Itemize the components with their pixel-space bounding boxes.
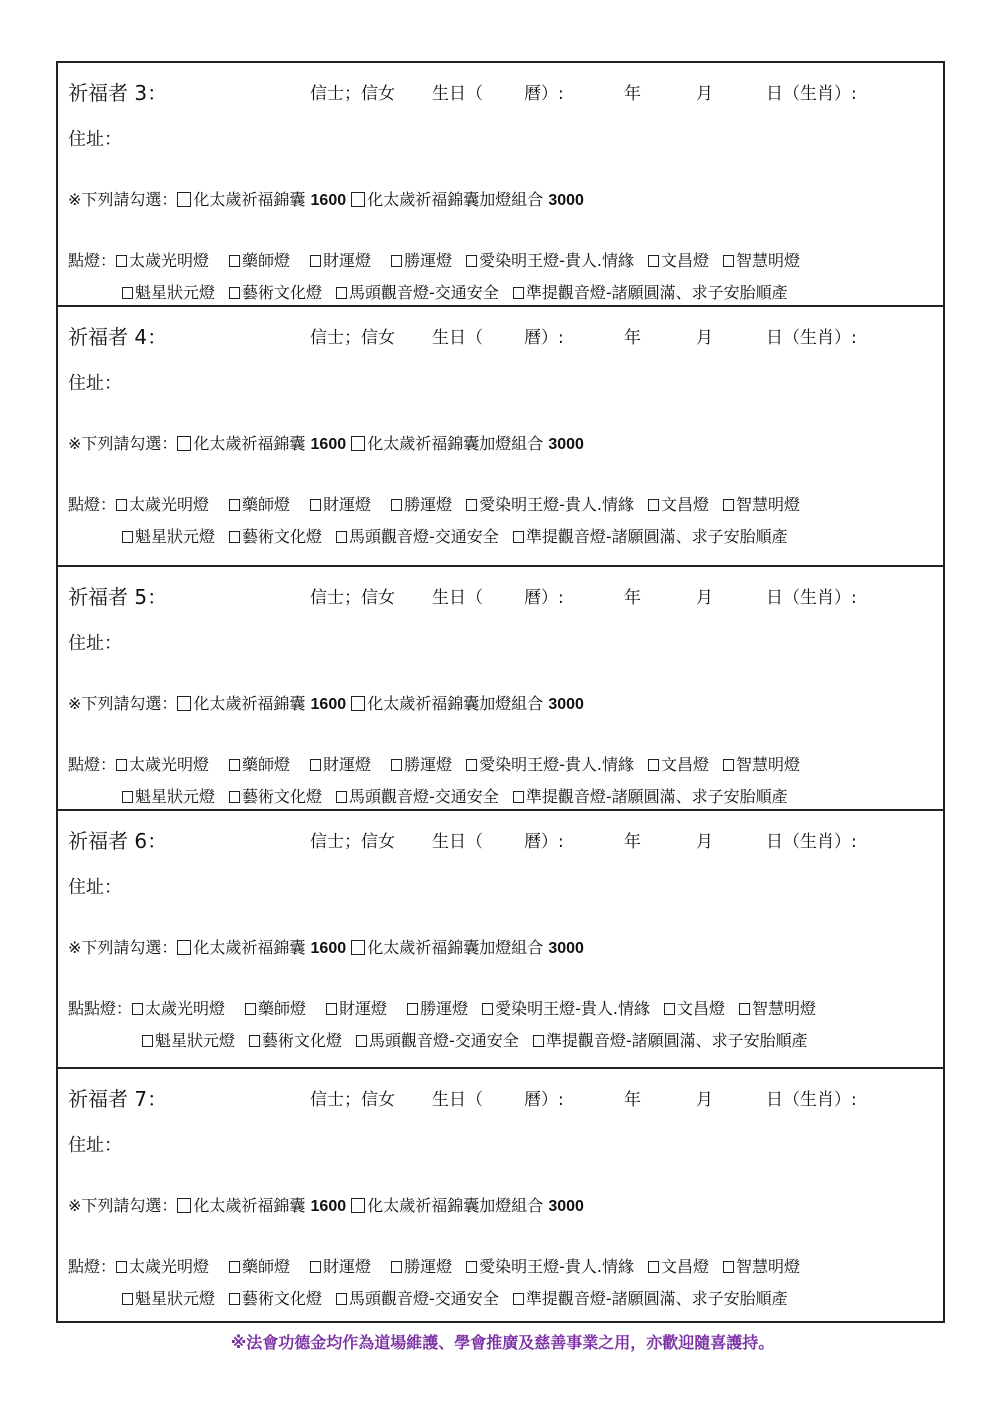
checkbox[interactable] <box>229 287 240 299</box>
lamp-option-label: 財運燈 <box>323 251 371 270</box>
lamp-option[interactable]: 智慧明燈 <box>723 495 800 514</box>
checkbox[interactable] <box>664 1003 675 1015</box>
lamp-option-label: 勝運燈 <box>404 251 452 270</box>
checkbox-option2[interactable] <box>351 1198 365 1213</box>
option2-price: 3000 <box>548 940 584 957</box>
checkbox[interactable] <box>132 1003 143 1015</box>
checkbox[interactable] <box>723 255 734 267</box>
lamp-option[interactable]: 藝術文化燈 <box>249 1031 342 1050</box>
calendar-type-field[interactable]: 曆）: <box>524 827 564 852</box>
checkbox[interactable] <box>466 1261 477 1273</box>
checkbox[interactable] <box>648 1261 659 1273</box>
lamp-option-label: 馬頭觀音燈-交通安全 <box>349 527 499 546</box>
lamp-prefix-label: 點燈： <box>68 1257 116 1276</box>
birth-year-field[interactable]: 年 <box>624 827 641 852</box>
lamp-option-label: 藥師燈 <box>258 999 306 1018</box>
lamp-options-row1: 點點燈：太歲光明燈藥師燈財運燈勝運燈愛染明王燈-貴人.情緣文昌燈智慧明燈 <box>68 996 816 1019</box>
checkbox[interactable] <box>245 1003 256 1015</box>
blessing-form: 祈福者 3： 信士；信女 生日（ 曆）: 年 月 日（生肖）: 住址： ※下列請… <box>56 61 945 1323</box>
option1-label: 化太歲祈福錦囊 <box>193 1196 305 1215</box>
lamp-option[interactable]: 準提觀音燈-諸願圓滿、求子安胎順產 <box>513 527 788 546</box>
lamp-options-row1: 點燈：太歲光明燈藥師燈財運燈勝運燈愛染明王燈-貴人.情緣文昌燈智慧明燈 <box>68 248 800 271</box>
lamp-option[interactable]: 魁星狀元燈 <box>122 527 215 546</box>
lamp-option-label: 藝術文化燈 <box>242 527 322 546</box>
lamp-option-label: 愛染明王燈-貴人.情緣 <box>479 755 634 774</box>
option1-label: 化太歲祈福錦囊 <box>193 694 305 713</box>
lamp-option[interactable]: 太歲光明燈 <box>116 495 209 514</box>
lamp-option[interactable]: 太歲光明燈 <box>116 251 209 270</box>
lamp-option-label: 財運燈 <box>323 1257 371 1276</box>
checkbox[interactable] <box>533 1035 544 1047</box>
lamp-option[interactable]: 魁星狀元燈 <box>122 787 215 806</box>
checkbox[interactable] <box>723 499 734 511</box>
lamp-option[interactable]: 愛染明王燈-貴人.情緣 <box>482 999 650 1018</box>
option1-price: 1600 <box>311 436 347 453</box>
checkbox[interactable] <box>513 1293 524 1305</box>
checkbox[interactable] <box>513 287 524 299</box>
lamp-options-row1: 點燈：太歲光明燈藥師燈財運燈勝運燈愛染明王燈-貴人.情緣文昌燈智慧明燈 <box>68 492 800 515</box>
package-options: ※下列請勾選：化太歲祈福錦囊 1600 化太歲祈福錦囊加燈組合 3000 <box>68 935 584 958</box>
lamp-option-label: 文昌燈 <box>661 755 709 774</box>
birth-day-zodiac-field[interactable]: 日（生肖）: <box>766 1085 857 1110</box>
lamp-option[interactable]: 財運燈 <box>310 495 371 514</box>
lamp-option-label: 財運燈 <box>339 999 387 1018</box>
lamp-option[interactable]: 勝運燈 <box>391 251 452 270</box>
birthday-label: 生日（ <box>432 79 483 104</box>
lamp-option-label: 文昌燈 <box>677 999 725 1018</box>
lamp-option[interactable]: 太歲光明燈 <box>116 1257 209 1276</box>
lamp-option-label: 文昌燈 <box>661 251 709 270</box>
lamp-option[interactable]: 藝術文化燈 <box>229 1289 322 1308</box>
lamp-option[interactable]: 準提觀音燈-諸願圓滿、求子安胎順產 <box>513 1289 788 1308</box>
lamp-option[interactable]: 勝運燈 <box>407 999 468 1018</box>
lamp-option[interactable]: 智慧明燈 <box>739 999 816 1018</box>
gender-field[interactable]: 信士；信女 <box>310 1085 395 1110</box>
lamp-option-label: 藥師燈 <box>242 251 290 270</box>
lamp-option-label: 勝運燈 <box>404 1257 452 1276</box>
lamp-option[interactable]: 太歲光明燈 <box>132 999 225 1018</box>
lamp-option-label: 藥師燈 <box>242 1257 290 1276</box>
lamp-prefix-label: 點燈： <box>68 755 116 774</box>
checkbox[interactable] <box>310 255 321 267</box>
gender-field[interactable]: 信士；信女 <box>310 583 395 608</box>
lamp-option-label: 準提觀音燈-諸願圓滿、求子安胎順產 <box>546 1031 808 1050</box>
lamp-option-label: 馬頭觀音燈-交通安全 <box>349 787 499 806</box>
package-options: ※下列請勾選：化太歲祈福錦囊 1600 化太歲祈福錦囊加燈組合 3000 <box>68 1193 584 1216</box>
checkbox[interactable] <box>648 255 659 267</box>
checkbox[interactable] <box>122 1293 133 1305</box>
checkbox[interactable] <box>122 287 133 299</box>
birth-month-field[interactable]: 月 <box>696 583 713 608</box>
person-name-label: 祈福者 6： <box>68 825 167 854</box>
address-field[interactable]: 住址： <box>68 1131 122 1157</box>
package-options: ※下列請勾選：化太歲祈福錦囊 1600 化太歲祈福錦囊加燈組合 3000 <box>68 431 584 454</box>
lamp-option[interactable]: 藝術文化燈 <box>229 283 322 302</box>
option2-price: 3000 <box>548 436 584 453</box>
birth-day-zodiac-field[interactable]: 日（生肖）: <box>766 827 857 852</box>
lamp-option-label: 太歲光明燈 <box>129 495 209 514</box>
address-field[interactable]: 住址： <box>68 873 122 899</box>
lamp-option-label: 準提觀音燈-諸願圓滿、求子安胎順產 <box>526 527 788 546</box>
checkbox[interactable] <box>229 255 240 267</box>
birth-day-zodiac-field[interactable]: 日（生肖）: <box>766 79 857 104</box>
birthday-label: 生日（ <box>432 827 483 852</box>
lamp-option-label: 勝運燈 <box>404 755 452 774</box>
checkbox-option2[interactable] <box>351 940 365 955</box>
person-name-label: 祈福者 4： <box>68 321 167 350</box>
checkbox[interactable] <box>336 791 347 803</box>
person-name-label: 祈福者 3： <box>68 77 167 106</box>
checkbox[interactable] <box>482 1003 493 1015</box>
lamp-option[interactable]: 財運燈 <box>310 755 371 774</box>
checkbox[interactable] <box>310 759 321 771</box>
lamp-option[interactable]: 財運燈 <box>310 1257 371 1276</box>
gender-field[interactable]: 信士；信女 <box>310 827 395 852</box>
option2-label: 化太歲祈福錦囊加燈組合 <box>367 1196 543 1215</box>
lamp-option-label: 藝術文化燈 <box>242 283 322 302</box>
checkbox[interactable] <box>229 499 240 511</box>
package-options: ※下列請勾選：化太歲祈福錦囊 1600 化太歲祈福錦囊加燈組合 3000 <box>68 691 584 714</box>
lamp-option[interactable]: 馬頭觀音燈-交通安全 <box>336 1289 499 1308</box>
lamp-option-label: 準提觀音燈-諸願圓滿、求子安胎順產 <box>526 283 788 302</box>
checkbox-option1[interactable] <box>177 1198 191 1213</box>
choose-prefix: ※下列請勾選： <box>68 434 177 453</box>
option1-label: 化太歲祈福錦囊 <box>193 938 305 957</box>
checkbox[interactable] <box>391 499 402 511</box>
lamp-option[interactable]: 財運燈 <box>326 999 387 1018</box>
lamp-option-label: 智慧明燈 <box>736 755 800 774</box>
lamp-option-label: 藝術文化燈 <box>242 787 322 806</box>
address-field[interactable]: 住址： <box>68 369 122 395</box>
option1-label: 化太歲祈福錦囊 <box>193 434 305 453</box>
lamp-option-label: 魁星狀元燈 <box>155 1031 235 1050</box>
lamp-option[interactable]: 文昌燈 <box>648 251 709 270</box>
checkbox[interactable] <box>356 1035 367 1047</box>
checkbox[interactable] <box>229 531 240 543</box>
checkbox[interactable] <box>249 1035 260 1047</box>
blessing-person-section: 祈福者 7： 信士；信女 生日（ 曆）: 年 月 日（生肖）: 住址： ※下列請… <box>58 1067 943 1325</box>
checkbox[interactable] <box>122 531 133 543</box>
checkbox[interactable] <box>723 759 734 771</box>
lamp-options-row2: 魁星狀元燈藝術文化燈馬頭觀音燈-交通安全準提觀音燈-諸願圓滿、求子安胎順產 <box>122 524 788 547</box>
lamp-option[interactable]: 藥師燈 <box>229 1257 290 1276</box>
lamp-option[interactable]: 藝術文化燈 <box>229 527 322 546</box>
lamp-option-label: 愛染明王燈-貴人.情緣 <box>479 495 634 514</box>
birth-month-field[interactable]: 月 <box>696 827 713 852</box>
checkbox[interactable] <box>336 1293 347 1305</box>
lamp-option-label: 太歲光明燈 <box>129 251 209 270</box>
lamp-option-label: 魁星狀元燈 <box>135 1289 215 1308</box>
checkbox[interactable] <box>229 1261 240 1273</box>
blessing-person-section: 祈福者 5： 信士；信女 生日（ 曆）: 年 月 日（生肖）: 住址： ※下列請… <box>58 565 943 809</box>
lamp-option-label: 太歲光明燈 <box>129 755 209 774</box>
lamp-option[interactable]: 藥師燈 <box>245 999 306 1018</box>
calendar-type-field[interactable]: 曆）: <box>524 79 564 104</box>
checkbox[interactable] <box>391 255 402 267</box>
checkbox[interactable] <box>513 791 524 803</box>
package-options: ※下列請勾選：化太歲祈福錦囊 1600 化太歲祈福錦囊加燈組合 3000 <box>68 187 584 210</box>
lamp-option[interactable]: 愛染明王燈-貴人.情緣 <box>466 755 634 774</box>
option2-price: 3000 <box>548 1198 584 1215</box>
blessing-person-section: 祈福者 4： 信士；信女 生日（ 曆）: 年 月 日（生肖）: 住址： ※下列請… <box>58 305 943 565</box>
lamp-option-label: 藝術文化燈 <box>242 1289 322 1308</box>
lamp-option[interactable]: 準提觀音燈-諸願圓滿、求子安胎順產 <box>513 787 788 806</box>
checkbox[interactable] <box>116 255 127 267</box>
lamp-option-label: 馬頭觀音燈-交通安全 <box>349 1289 499 1308</box>
lamp-option[interactable]: 馬頭觀音燈-交通安全 <box>356 1031 519 1050</box>
checkbox[interactable] <box>142 1035 153 1047</box>
checkbox[interactable] <box>391 759 402 771</box>
choose-prefix: ※下列請勾選： <box>68 694 177 713</box>
checkbox[interactable] <box>116 499 127 511</box>
lamp-option-label: 愛染明王燈-貴人.情緣 <box>479 251 634 270</box>
blessing-person-section: 祈福者 6： 信士；信女 生日（ 曆）: 年 月 日（生肖）: 住址： ※下列請… <box>58 809 943 1067</box>
lamp-option[interactable]: 藝術文化燈 <box>229 787 322 806</box>
birth-day-zodiac-field[interactable]: 日（生肖）: <box>766 323 857 348</box>
lamp-option[interactable]: 魁星狀元燈 <box>122 1289 215 1308</box>
address-field[interactable]: 住址： <box>68 125 122 151</box>
birth-month-field[interactable]: 月 <box>696 1085 713 1110</box>
birth-year-field[interactable]: 年 <box>624 79 641 104</box>
choose-prefix: ※下列請勾選： <box>68 1196 177 1215</box>
lamp-option-label: 愛染明王燈-貴人.情緣 <box>495 999 650 1018</box>
checkbox[interactable] <box>407 1003 418 1015</box>
checkbox[interactable] <box>336 531 347 543</box>
choose-prefix: ※下列請勾選： <box>68 190 177 209</box>
lamp-option[interactable]: 文昌燈 <box>648 1257 709 1276</box>
birth-day-zodiac-field[interactable]: 日（生肖）: <box>766 583 857 608</box>
birth-year-field[interactable]: 年 <box>624 1085 641 1110</box>
lamp-option[interactable]: 藥師燈 <box>229 495 290 514</box>
option1-label: 化太歲祈福錦囊 <box>193 190 305 209</box>
checkbox[interactable] <box>466 255 477 267</box>
option2-label: 化太歲祈福錦囊加燈組合 <box>367 938 543 957</box>
person-name-label: 祈福者 5： <box>68 581 167 610</box>
lamp-option-label: 智慧明燈 <box>736 251 800 270</box>
address-field[interactable]: 住址： <box>68 629 122 655</box>
option2-price: 3000 <box>548 192 584 209</box>
lamp-option-label: 財運燈 <box>323 495 371 514</box>
birth-month-field[interactable]: 月 <box>696 79 713 104</box>
person-name-label: 祈福者 7： <box>68 1083 167 1112</box>
checkbox-option1[interactable] <box>177 696 191 711</box>
checkbox-option1[interactable] <box>177 940 191 955</box>
checkbox[interactable] <box>229 759 240 771</box>
blessing-person-section: 祈福者 3： 信士；信女 生日（ 曆）: 年 月 日（生肖）: 住址： ※下列請… <box>58 63 943 305</box>
lamp-option[interactable]: 智慧明燈 <box>723 1257 800 1276</box>
lamp-option[interactable]: 馬頭觀音燈-交通安全 <box>336 787 499 806</box>
option2-label: 化太歲祈福錦囊加燈組合 <box>367 190 543 209</box>
lamp-options-row2: 魁星狀元燈藝術文化燈馬頭觀音燈-交通安全準提觀音燈-諸願圓滿、求子安胎順產 <box>122 1286 788 1309</box>
lamp-option[interactable]: 文昌燈 <box>648 755 709 774</box>
option1-price: 1600 <box>311 940 347 957</box>
option2-label: 化太歲祈福錦囊加燈組合 <box>367 694 543 713</box>
lamp-prefix-label: 點燈： <box>68 495 116 514</box>
lamp-option-label: 文昌燈 <box>661 495 709 514</box>
checkbox[interactable] <box>229 791 240 803</box>
birthday-label: 生日（ <box>432 1085 483 1110</box>
checkbox[interactable] <box>310 1261 321 1273</box>
lamp-option[interactable]: 藥師燈 <box>229 251 290 270</box>
choose-prefix: ※下列請勾選： <box>68 938 177 957</box>
lamp-options-row1: 點燈：太歲光明燈藥師燈財運燈勝運燈愛染明王燈-貴人.情緣文昌燈智慧明燈 <box>68 752 800 775</box>
checkbox[interactable] <box>116 1261 127 1273</box>
option2-price: 3000 <box>548 696 584 713</box>
birth-year-field[interactable]: 年 <box>624 583 641 608</box>
checkbox[interactable] <box>513 531 524 543</box>
lamp-option[interactable]: 準提觀音燈-諸願圓滿、求子安胎順產 <box>533 1031 808 1050</box>
lamp-option[interactable]: 馬頭觀音燈-交通安全 <box>336 283 499 302</box>
option1-price: 1600 <box>311 1198 347 1215</box>
lamp-option-label: 太歲光明燈 <box>129 1257 209 1276</box>
footer-note: ※法會功德金均作為道場維護、學會推廣及慈善事業之用，亦歡迎隨喜護持。 <box>0 1330 1005 1353</box>
lamp-option[interactable]: 文昌燈 <box>648 495 709 514</box>
lamp-option-label: 準提觀音燈-諸願圓滿、求子安胎順產 <box>526 787 788 806</box>
lamp-option[interactable]: 馬頭觀音燈-交通安全 <box>336 527 499 546</box>
checkbox[interactable] <box>739 1003 750 1015</box>
lamp-prefix-label: 點點燈： <box>68 999 132 1018</box>
checkbox[interactable] <box>122 791 133 803</box>
lamp-option[interactable]: 勝運燈 <box>391 755 452 774</box>
checkbox-option1[interactable] <box>177 436 191 451</box>
lamp-option[interactable]: 太歲光明燈 <box>116 755 209 774</box>
lamp-options-row1: 點燈：太歲光明燈藥師燈財運燈勝運燈愛染明王燈-貴人.情緣文昌燈智慧明燈 <box>68 1254 800 1277</box>
checkbox-option2[interactable] <box>351 192 365 207</box>
birthday-label: 生日（ <box>432 323 483 348</box>
lamp-option-label: 智慧明燈 <box>736 1257 800 1276</box>
checkbox[interactable] <box>336 287 347 299</box>
calendar-type-field[interactable]: 曆）: <box>524 323 564 348</box>
checkbox[interactable] <box>648 499 659 511</box>
lamp-option[interactable]: 財運燈 <box>310 251 371 270</box>
lamp-option[interactable]: 魁星狀元燈 <box>142 1031 235 1050</box>
checkbox[interactable] <box>310 499 321 511</box>
lamp-option-label: 愛染明王燈-貴人.情緣 <box>479 1257 634 1276</box>
checkbox[interactable] <box>326 1003 337 1015</box>
lamp-option-label: 財運燈 <box>323 755 371 774</box>
lamp-prefix-label: 點燈： <box>68 251 116 270</box>
checkbox[interactable] <box>466 499 477 511</box>
lamp-option[interactable]: 愛染明王燈-貴人.情緣 <box>466 1257 634 1276</box>
lamp-option[interactable]: 智慧明燈 <box>723 251 800 270</box>
checkbox[interactable] <box>648 759 659 771</box>
lamp-option[interactable]: 勝運燈 <box>391 495 452 514</box>
checkbox-option2[interactable] <box>351 696 365 711</box>
gender-field[interactable]: 信士；信女 <box>310 79 395 104</box>
lamp-option-label: 藥師燈 <box>242 755 290 774</box>
lamp-option-label: 勝運燈 <box>404 495 452 514</box>
checkbox[interactable] <box>229 1293 240 1305</box>
lamp-option-label: 智慧明燈 <box>736 495 800 514</box>
birthday-label: 生日（ <box>432 583 483 608</box>
option1-price: 1600 <box>311 192 347 209</box>
lamp-option-label: 勝運燈 <box>420 999 468 1018</box>
calendar-type-field[interactable]: 曆）: <box>524 583 564 608</box>
lamp-option[interactable]: 愛染明王燈-貴人.情緣 <box>466 251 634 270</box>
lamp-option-label: 藥師燈 <box>242 495 290 514</box>
lamp-option[interactable]: 文昌燈 <box>664 999 725 1018</box>
lamp-option-label: 文昌燈 <box>661 1257 709 1276</box>
lamp-options-row2: 魁星狀元燈藝術文化燈馬頭觀音燈-交通安全準提觀音燈-諸願圓滿、求子安胎順產 <box>142 1028 808 1051</box>
lamp-option-label: 馬頭觀音燈-交通安全 <box>349 283 499 302</box>
lamp-option[interactable]: 魁星狀元燈 <box>122 283 215 302</box>
lamp-option-label: 太歲光明燈 <box>145 999 225 1018</box>
calendar-type-field[interactable]: 曆）: <box>524 1085 564 1110</box>
checkbox-option1[interactable] <box>177 192 191 207</box>
lamp-option[interactable]: 智慧明燈 <box>723 755 800 774</box>
checkbox[interactable] <box>723 1261 734 1273</box>
birth-year-field[interactable]: 年 <box>624 323 641 348</box>
gender-field[interactable]: 信士；信女 <box>310 323 395 348</box>
lamp-options-row2: 魁星狀元燈藝術文化燈馬頭觀音燈-交通安全準提觀音燈-諸願圓滿、求子安胎順產 <box>122 784 788 807</box>
option1-price: 1600 <box>311 696 347 713</box>
checkbox-option2[interactable] <box>351 436 365 451</box>
lamp-options-row2: 魁星狀元燈藝術文化燈馬頭觀音燈-交通安全準提觀音燈-諸願圓滿、求子安胎順產 <box>122 280 788 303</box>
checkbox[interactable] <box>391 1261 402 1273</box>
lamp-option-label: 魁星狀元燈 <box>135 787 215 806</box>
lamp-option-label: 馬頭觀音燈-交通安全 <box>369 1031 519 1050</box>
lamp-option-label: 準提觀音燈-諸願圓滿、求子安胎順產 <box>526 1289 788 1308</box>
lamp-option-label: 藝術文化燈 <box>262 1031 342 1050</box>
lamp-option-label: 魁星狀元燈 <box>135 527 215 546</box>
birth-month-field[interactable]: 月 <box>696 323 713 348</box>
lamp-option[interactable]: 勝運燈 <box>391 1257 452 1276</box>
checkbox[interactable] <box>466 759 477 771</box>
option2-label: 化太歲祈福錦囊加燈組合 <box>367 434 543 453</box>
lamp-option[interactable]: 藥師燈 <box>229 755 290 774</box>
checkbox[interactable] <box>116 759 127 771</box>
lamp-option-label: 魁星狀元燈 <box>135 283 215 302</box>
lamp-option[interactable]: 準提觀音燈-諸願圓滿、求子安胎順產 <box>513 283 788 302</box>
lamp-option[interactable]: 愛染明王燈-貴人.情緣 <box>466 495 634 514</box>
lamp-option-label: 智慧明燈 <box>752 999 816 1018</box>
